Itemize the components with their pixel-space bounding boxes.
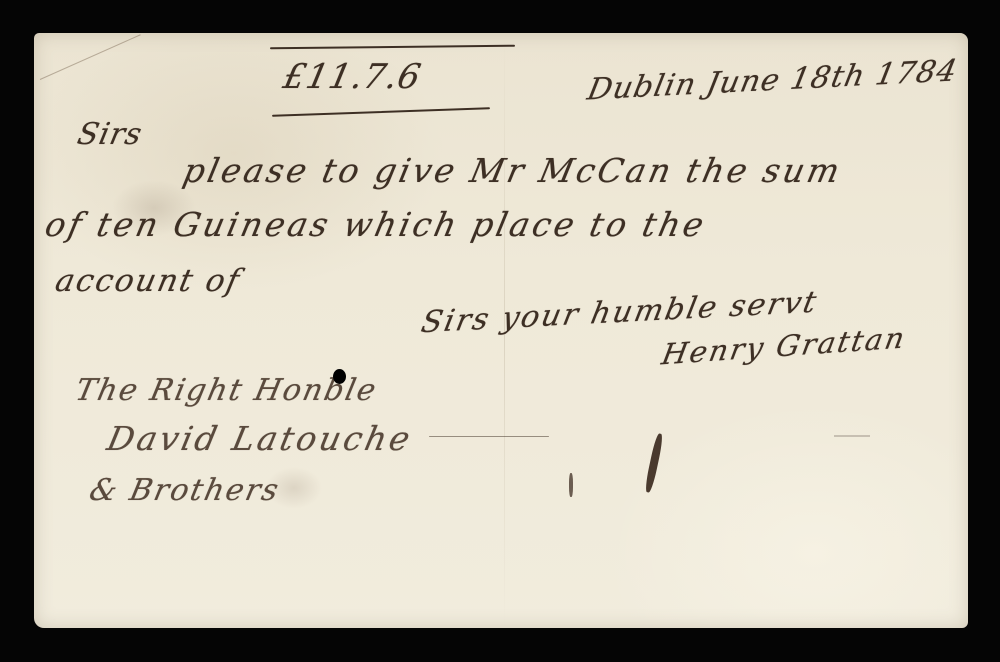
salutation: Sirs — [74, 117, 145, 152]
addressee-underline — [429, 436, 549, 437]
punch-hole — [333, 369, 346, 384]
corner-crease — [40, 34, 141, 80]
addressee-line-3: & Brothers — [86, 473, 283, 508]
faint-mark — [834, 435, 870, 437]
body-line-1: please to give Mr McCan the sum — [180, 151, 846, 190]
paper-document: £11.7.6 Dublin June 18th 1784 Sirs pleas… — [34, 33, 968, 628]
ink-mark — [644, 433, 664, 493]
ink-mark-small — [569, 473, 573, 497]
amount: £11.7.6 — [280, 57, 425, 97]
body-line-3: account of — [52, 263, 244, 299]
amount-rule-top — [270, 45, 515, 50]
body-line-2: of ten Guineas which place to the — [42, 205, 710, 244]
signature: Henry Grattan — [659, 321, 909, 372]
amount-rule-bottom — [272, 107, 490, 117]
place-date: Dublin June 18th 1784 — [584, 53, 960, 107]
addressee-line-2: David Latouche — [104, 419, 416, 458]
